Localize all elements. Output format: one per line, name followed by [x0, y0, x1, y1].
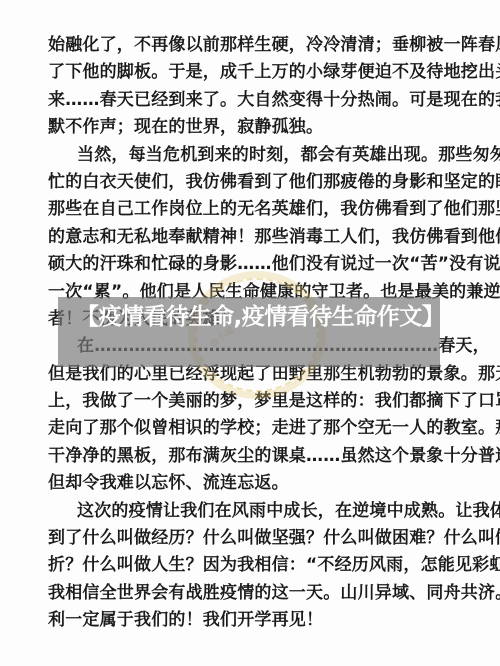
- essay-paragraph-start: 当然，每当危机到来的时刻，都会有英雄出现。那些匆匆忙: [48, 142, 456, 169]
- banner-title: 【疫情看待生命,疫情看待生命作文】: [76, 302, 436, 332]
- essay-line: 干净净的黑板，那布满灰尘的课桌……虽然这个景象十分普通，: [48, 443, 456, 470]
- essay-line: 走向了那个似曾相识的学校；走进了那个空无一人的教室。那干: [48, 415, 456, 442]
- essay-line: 来……春天已经到来了。大自然变得十分热闹。可是现在的我们。: [48, 87, 456, 114]
- essay-line: 折？什么叫做人生？因为我相信：“不经历风雨，怎能见彩虹”！: [48, 552, 456, 579]
- essay-line: 但却令我难以忘怀、流连忘返。: [48, 470, 456, 497]
- essay-line: 到了什么叫做经历？什么叫做坚强？什么叫做困难？什么叫做挫: [48, 525, 456, 552]
- document-page: 始融化了，不再像以前那样生硬，冷冷清清；垂柳被一阵春风搔 了下他的脚板。于是，成…: [0, 0, 500, 666]
- essay-line: 的意志和无私地奉献精神！那些消毒工人们，我仿佛看到他们那: [48, 224, 456, 251]
- essay-line: 忙的白衣天使们，我仿佛看到了他们那疲倦的身影和坚定的眼神；: [48, 169, 456, 196]
- essay-line: 默不作声；现在的世界，寂静孤独。: [48, 114, 456, 141]
- essay-line: 上，我做了一个美丽的梦，梦里是这样的：我们都摘下了口罩。: [48, 388, 456, 415]
- essay-line: 硕大的汗珠和忙碌的身影……他们没有说过一次“苦”没有说过: [48, 251, 456, 278]
- essay-paragraph-start: 这次的疫情让我们在风雨中成长，在逆境中成熟。让我体会: [48, 498, 456, 525]
- essay-line: 了下他的脚板。于是，成千上万的小绿芽便迫不及待地挖出头: [48, 59, 456, 86]
- essay-line: 我相信全世界会有战胜疫情的这一天。山川异域、同舟共济。胜: [48, 580, 456, 607]
- essay-line: 始融化了，不再像以前那样生硬，冷冷清清；垂柳被一阵春风搔: [48, 32, 456, 59]
- essay-line: 利一定属于我们的！我们开学再见！: [48, 607, 456, 634]
- essay-line: 那些在自己工作岗位上的无名英雄们，我仿佛看到了他们那坚强: [48, 196, 456, 223]
- title-banner: 【疫情看待生命,疫情看待生命作文】: [58, 297, 440, 367]
